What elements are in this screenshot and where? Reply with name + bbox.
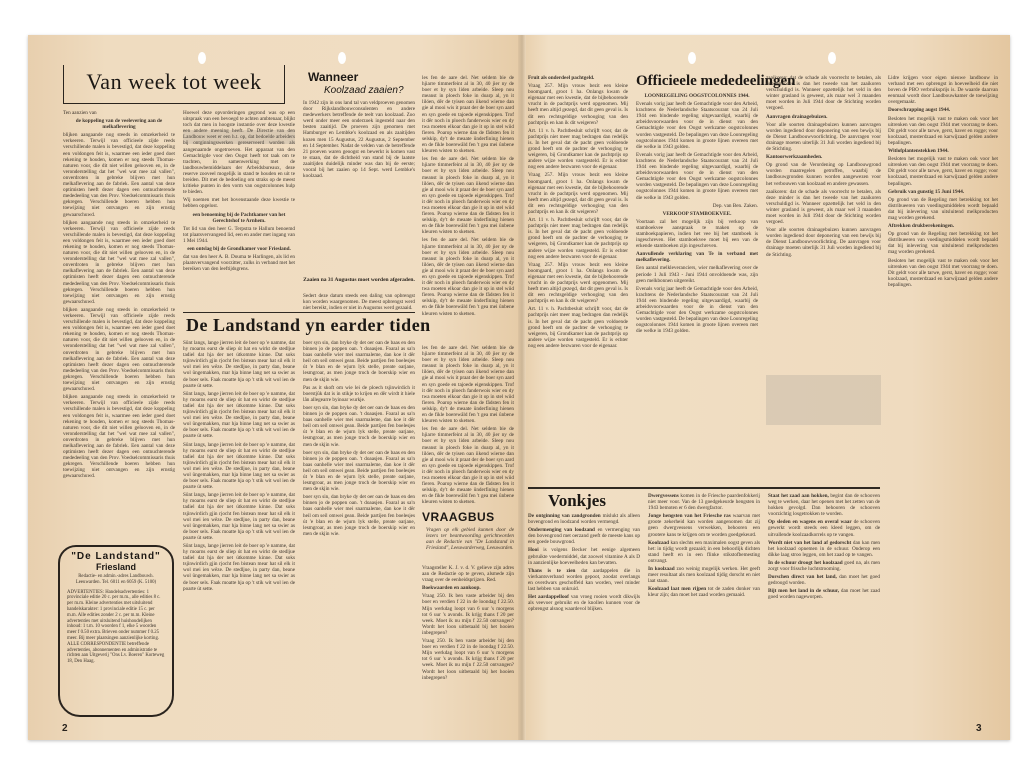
feature-title: De Landstand yn earder tiden — [186, 315, 431, 336]
vonkjes-column-2: Dwergvessens komen in de Friesche paarde… — [648, 493, 760, 723]
column-official: LOONREGELING OOGSTCOLONNES 1944. Evenals… — [636, 93, 758, 520]
ad-title: "De Landstand" — [60, 551, 172, 562]
punch-hole — [198, 52, 206, 64]
vonkjes-column-1: De ontginning van zandgronden mislukt al… — [528, 513, 640, 723]
vonkjes-column-3: Staat het zaad aan hokken, begint dan de… — [768, 493, 880, 723]
ad-box-de-landstand: "De Landstand" Friesland Redactie- en ad… — [58, 545, 174, 717]
ad-body: ADVERTENTIES: Handelsadvertenties: 1 pro… — [60, 588, 172, 667]
ad-address: Redactie- en admin.-adres Landbouwh. Lee… — [60, 572, 172, 588]
newspaper-spread: Van week tot week Ten aanzien van de kop… — [28, 35, 1010, 740]
column-fries-2: les fen de aare del. Net seldem bie de h… — [422, 345, 514, 505]
page-number-left: 2 — [62, 723, 68, 734]
masthead-van-week-tot-week: Van week tot week — [63, 65, 285, 104]
punch-hole — [828, 52, 836, 64]
column-koppeling: Ten aanzien van de koppeling van de veel… — [63, 110, 175, 540]
column-doorschrapping: Lidre krijgen voor eigen nieuwe landbouw… — [888, 75, 998, 695]
heading-wanneer: Wanneer — [308, 70, 358, 84]
vraagbus-title: VRAAGBUS — [422, 510, 495, 524]
feature-column-1: Sûnt langs, lange jierren leit de boer o… — [183, 340, 295, 720]
column-fries-1: les fen de aare del. Net seldem bie de h… — [422, 75, 514, 340]
ad-subtitle: Friesland — [60, 562, 172, 572]
subheading-koolzaad: Koolzaad zaaien? — [324, 85, 404, 96]
punch-hole — [688, 52, 696, 64]
page-number-right: 3 — [976, 723, 982, 734]
divider — [183, 312, 415, 313]
column-koolzaad: In 1942 zijn in ons land tal van veldpro… — [303, 100, 415, 270]
vonkjes-title: Vonkjes — [548, 491, 606, 511]
subhead-zaaien: Zaaien na 31 Augustus moet worden afgera… — [303, 277, 415, 283]
scan-highlight — [766, 375, 881, 425]
scan-highlight — [183, 130, 295, 144]
center-fold — [518, 35, 526, 740]
vraagbus-body: Vraagsteller K. J. v. d. V. gelieve zijn… — [422, 565, 514, 720]
vraagbus-intro: Vragen op elk gebied kunnen door de leze… — [426, 527, 514, 563]
feature-column-2: boer syn sin, dan bryke dy det oer oan d… — [303, 340, 415, 720]
column-fruit-pachtgeld: Fruit als onderdeel pachtgeld. Vraag 257… — [528, 75, 628, 520]
vonkjes-top-rule — [528, 487, 880, 489]
column-drainage: zaaikoren: dat de schade als voorrecht t… — [766, 75, 881, 520]
punch-hole — [338, 52, 346, 64]
